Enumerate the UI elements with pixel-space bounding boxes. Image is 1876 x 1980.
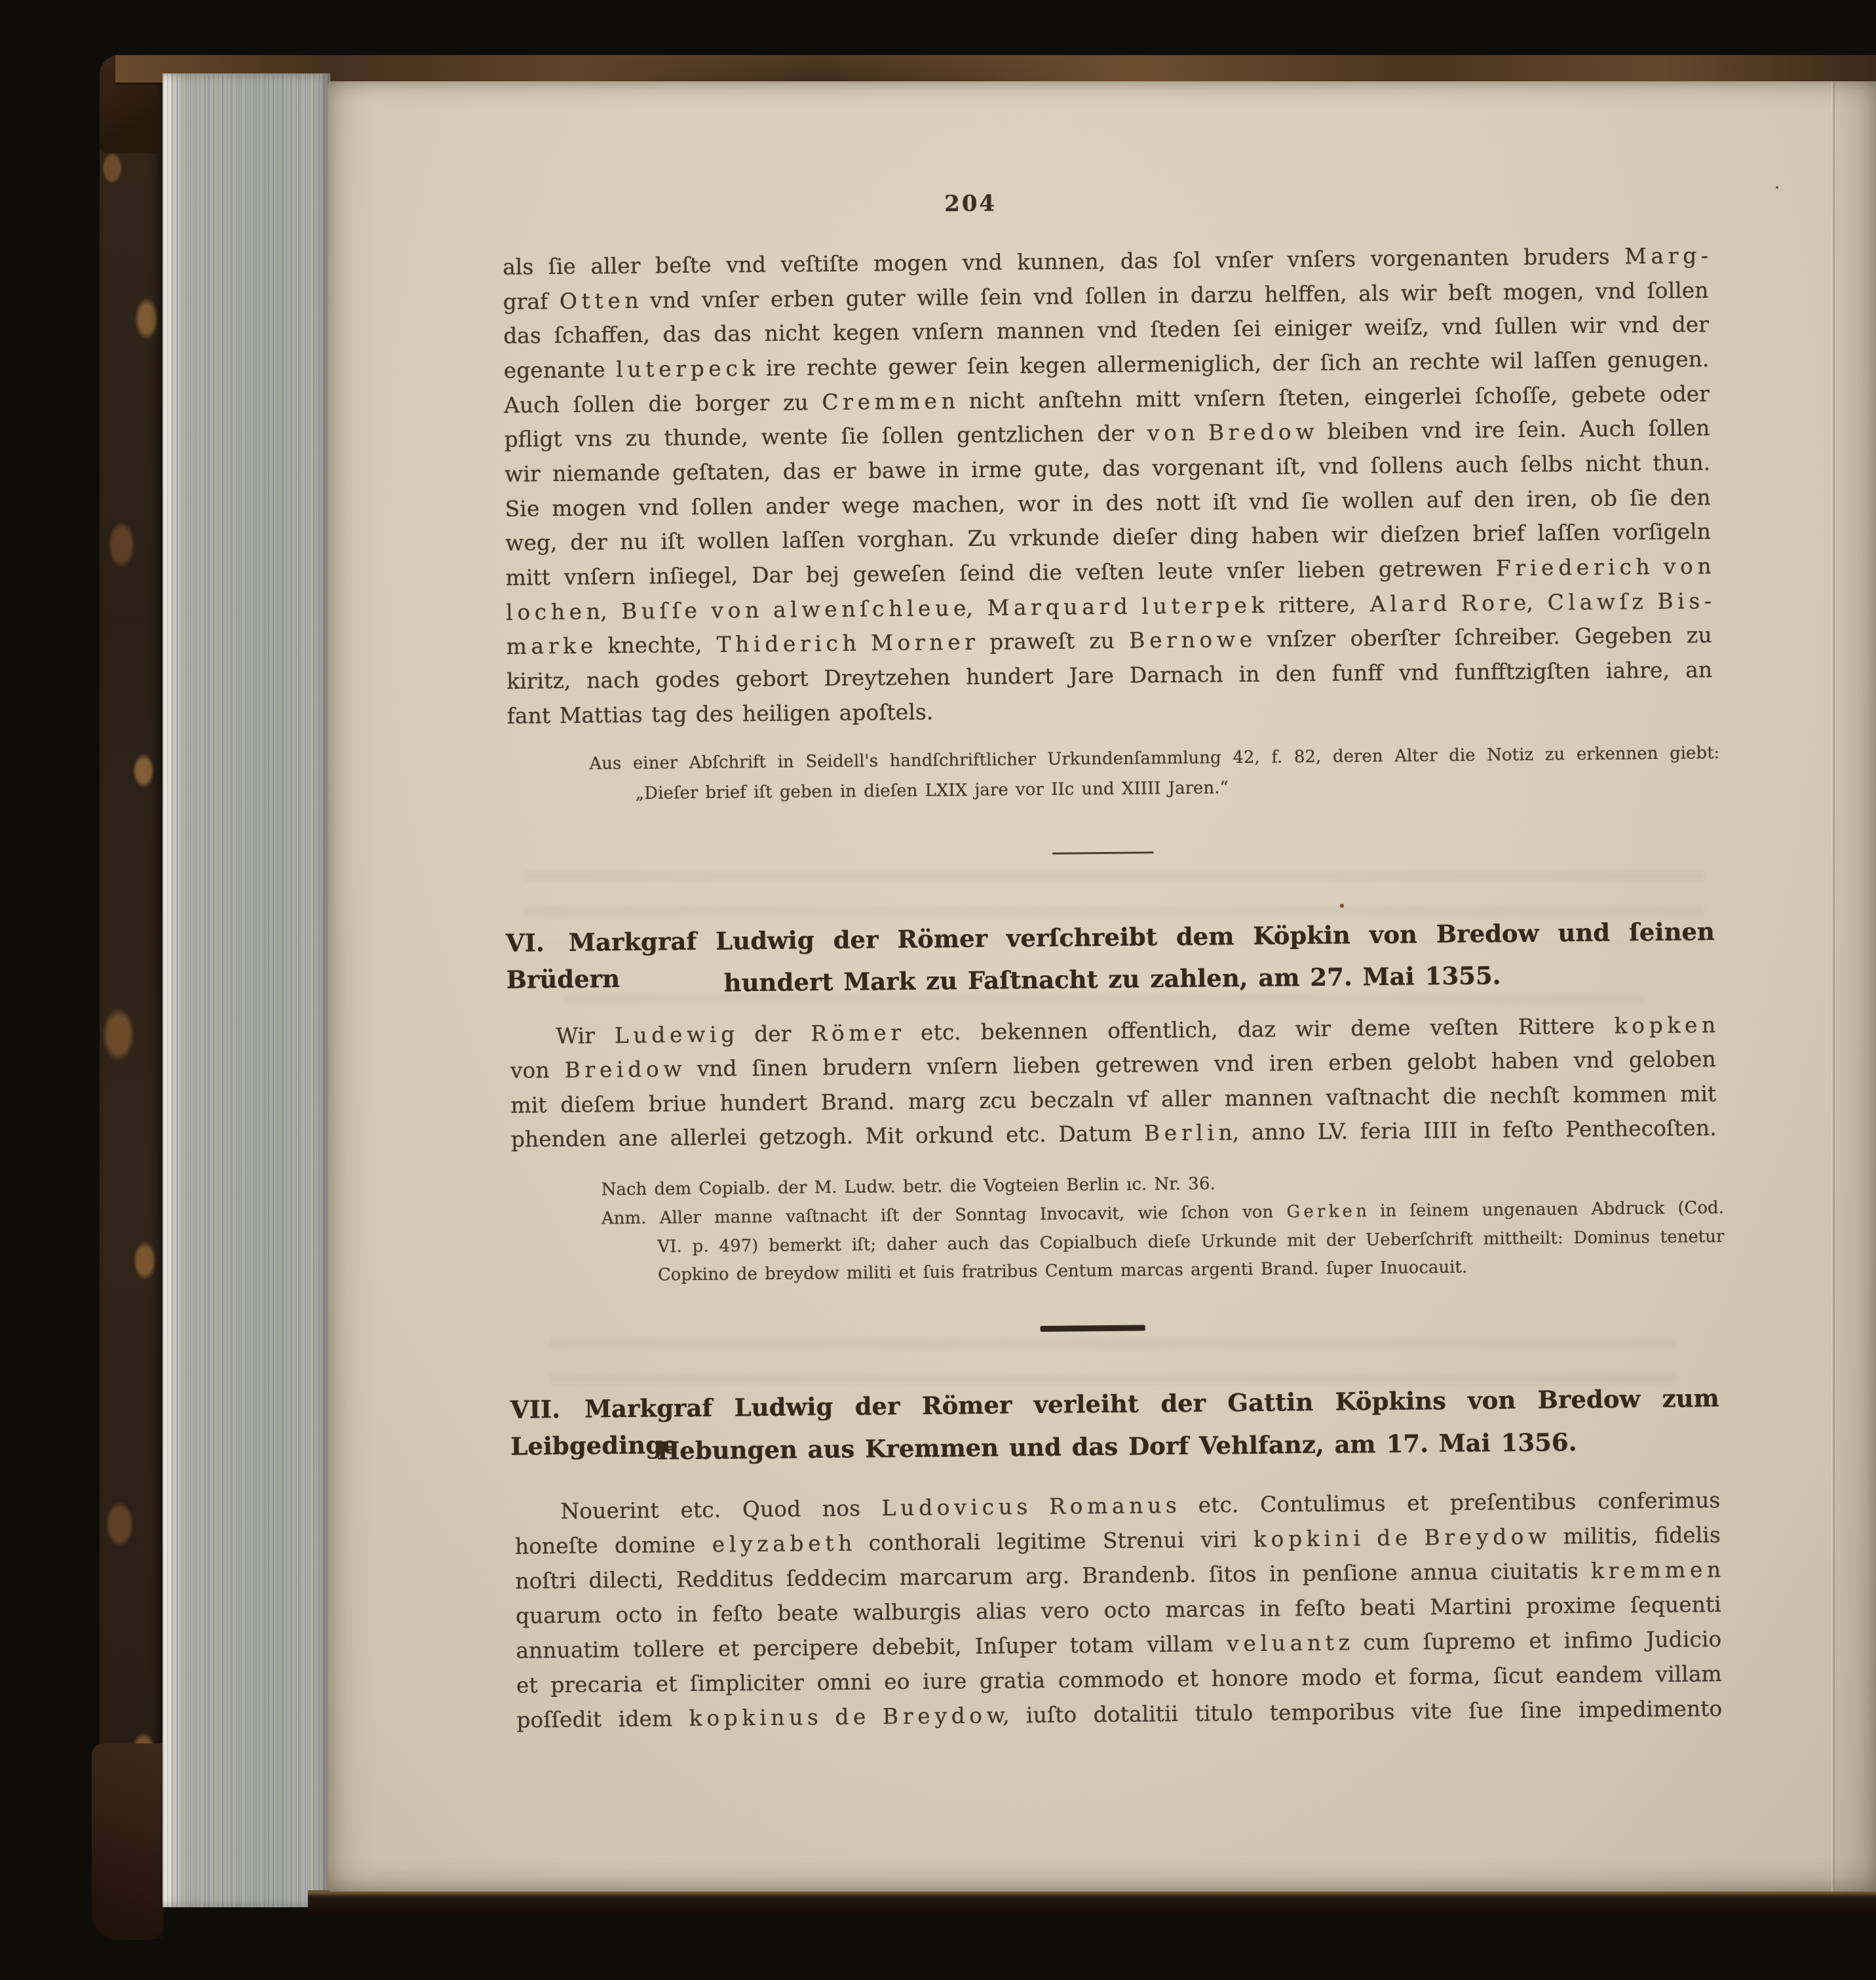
book-page: 204 als ſie aller beſte vnd veſtiſte mog…	[328, 81, 1876, 1892]
section-divider-rule	[1052, 851, 1154, 854]
printed-text-area: 204 als ſie aller beſte vnd veſtiſte mog…	[320, 74, 1876, 1899]
page-fore-edge-stack	[163, 73, 330, 1907]
page-number: 204	[931, 187, 1010, 222]
section-vii-heading-line: VII. Markgraf Ludwig der Römer verleiht …	[510, 1380, 1719, 1429]
section-vi-heading-line: hundert Mark zu Faſtnacht zu zahlen, am …	[509, 955, 1715, 1005]
section-vii-heading-line: Hebungen aus Kremmen und das Dorf Vehlfa…	[514, 1422, 1719, 1472]
section-divider-rule	[1041, 1325, 1145, 1332]
section-vi-heading-line: VI. Markgraf Ludwig der Römer verſchreib…	[506, 913, 1715, 963]
leather-corner-bottom	[92, 1743, 164, 1940]
marbled-cover-edge	[100, 55, 163, 1939]
